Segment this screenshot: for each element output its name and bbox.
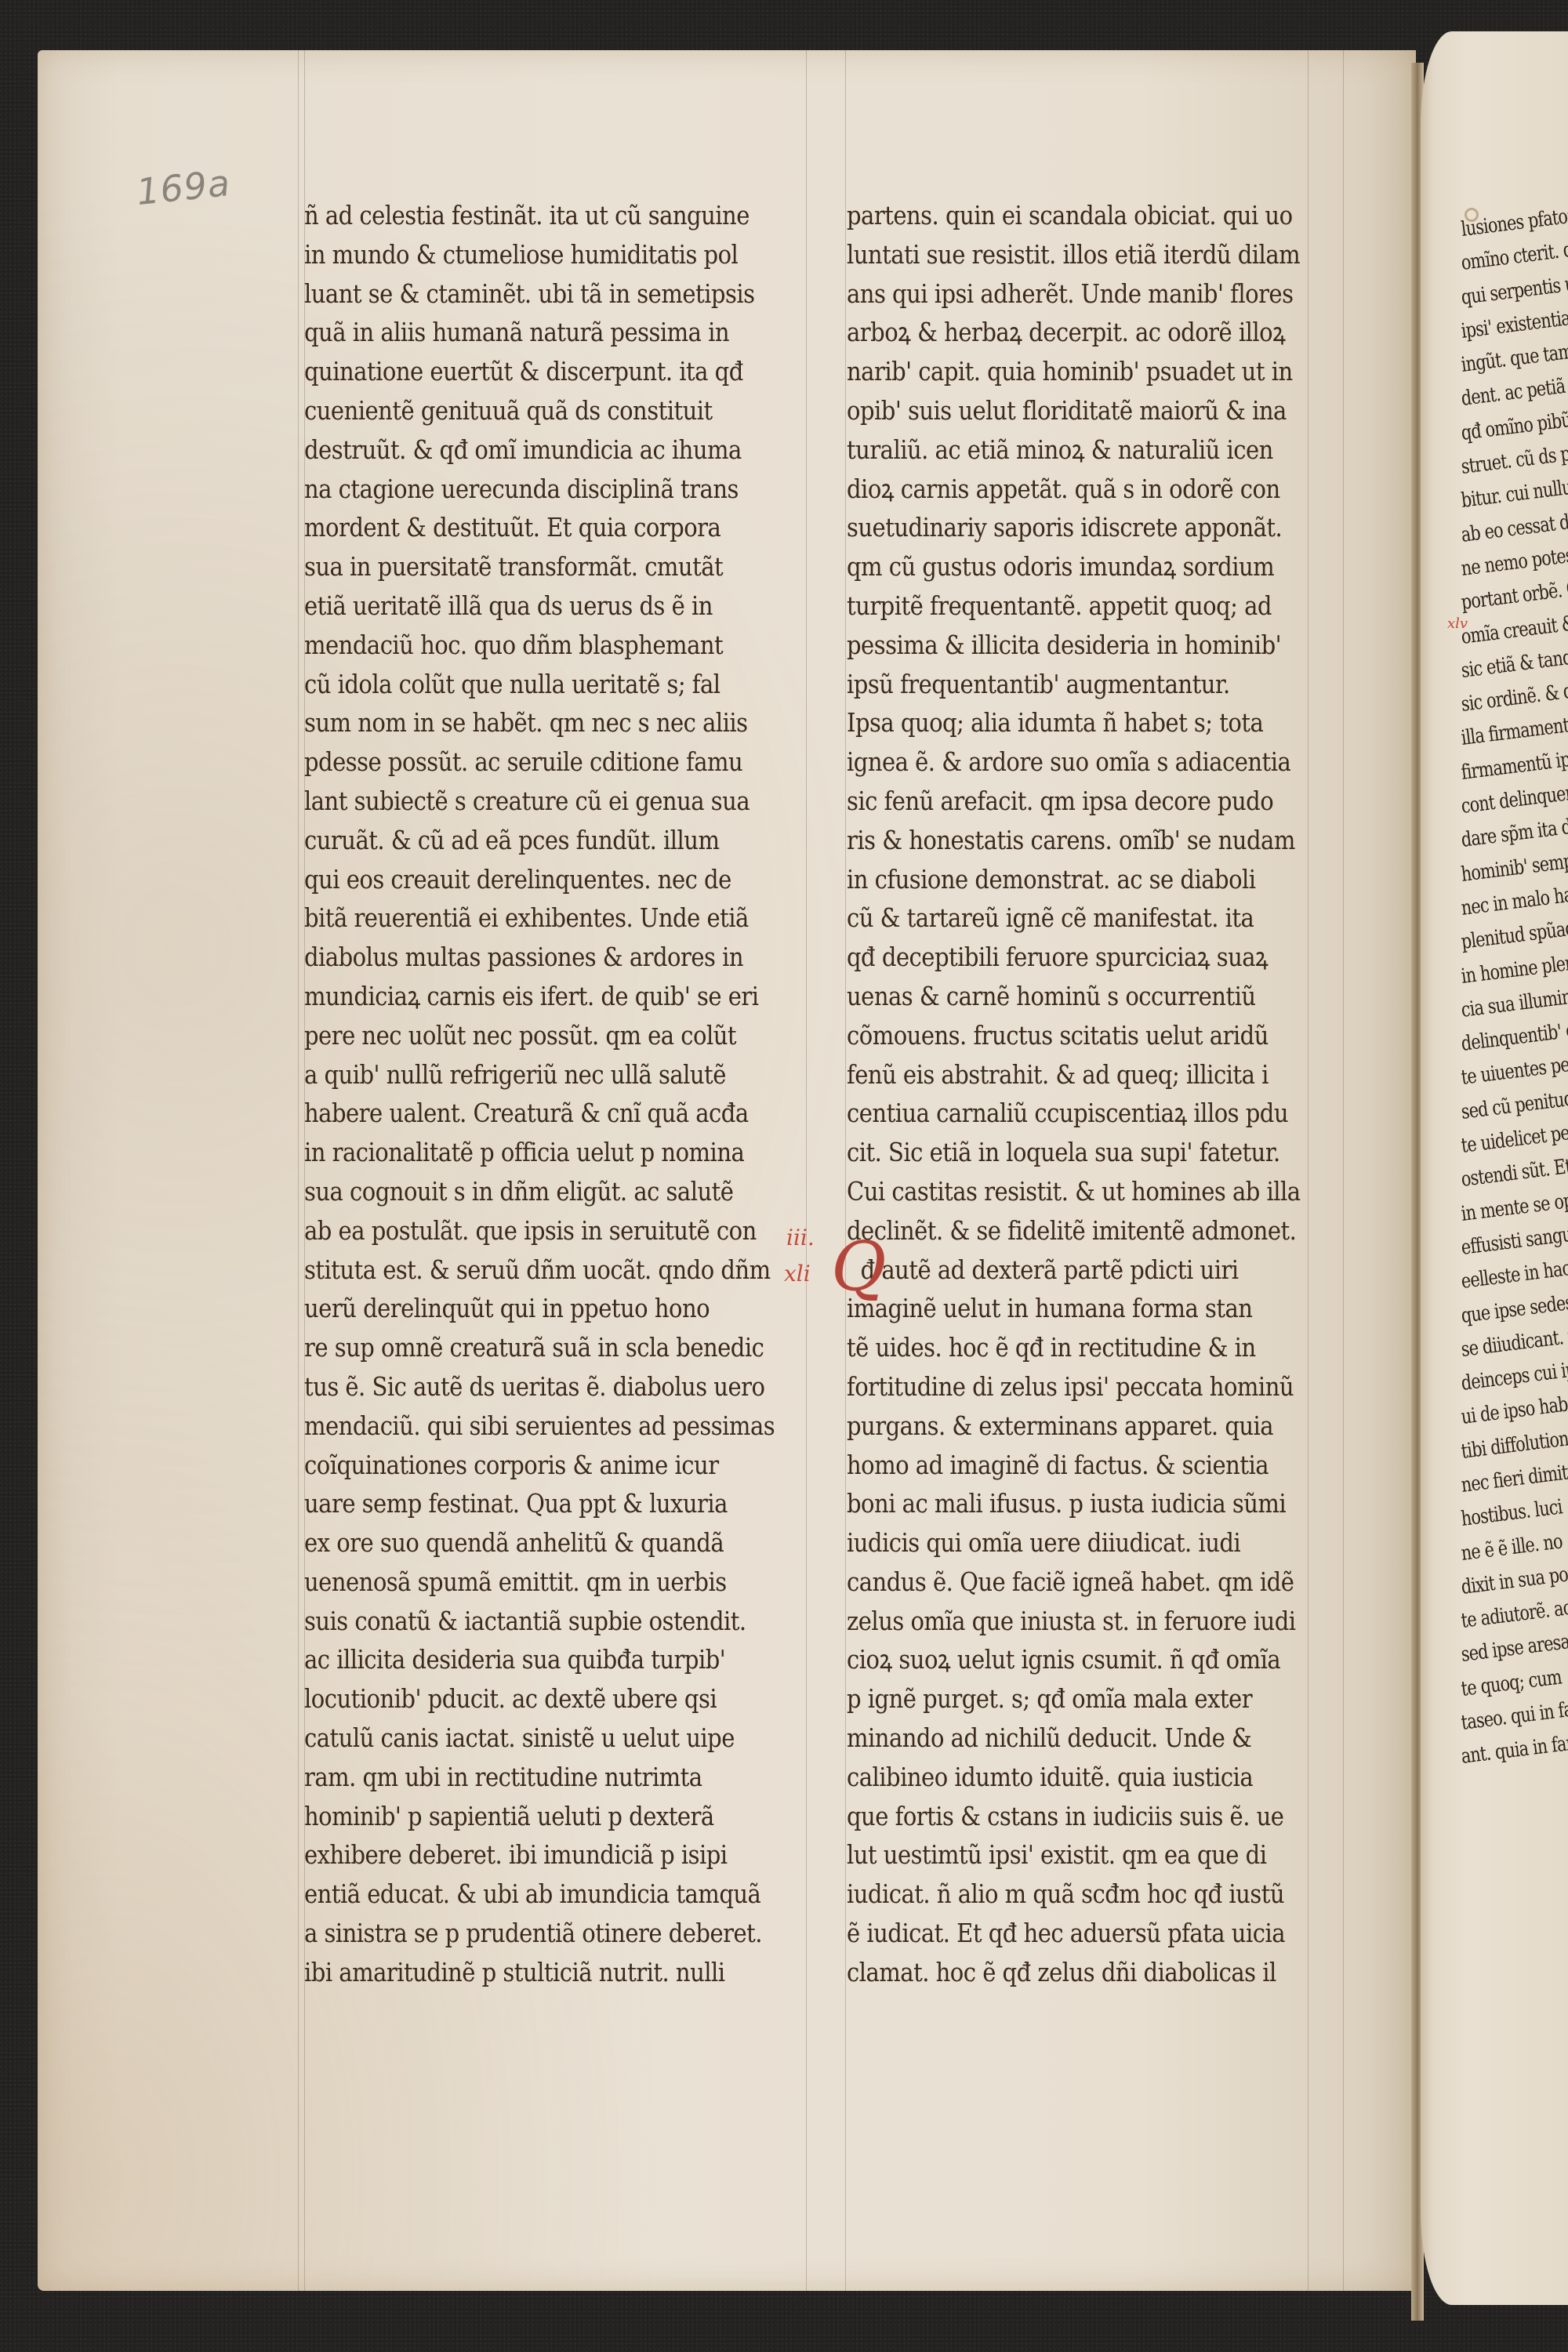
manuscript-line: cit. Sic etiã in loquela sua supi' fatet… — [847, 1133, 1275, 1172]
ruling-line — [298, 50, 299, 2291]
ruling-line — [1343, 50, 1344, 2291]
manuscript-line: mendaciũ hoc. quo dñm blasphemant — [304, 626, 739, 665]
manuscript-line: ipsũ frequentantib' augmentantur. — [847, 665, 1275, 704]
manuscript-line: qui eos creauit derelinquentes. nec de — [304, 860, 739, 899]
folio-number: 169a — [135, 162, 233, 213]
manuscript-line: ibi amaritudinẽ p stulticiã nutrit. null… — [304, 1953, 739, 1992]
manuscript-line: sua cognouit s in dñm eligũt. ac salutẽ — [304, 1172, 739, 1211]
manuscript-line: iudicat. ñ alio m quã scđm hoc qđ iustũ — [847, 1875, 1275, 1914]
text-column-right: partens. quin ei scandala obiciat. qui u… — [847, 196, 1333, 1992]
manuscript-line: quã in aliis humanã naturã pessima in — [304, 313, 739, 352]
manuscript-line: cũ idola colũt que nulla ueritatẽ s; fal — [304, 665, 739, 704]
manuscript-line: lant subiectẽ s creature cũ ei genua sua — [304, 782, 739, 821]
manuscript-line: luant se & ctaminẽt. ubi tã in semetipsi… — [304, 274, 739, 314]
manuscript-line: stituta est. & seruũ dñm uocãt. qndo dñm — [304, 1250, 739, 1290]
manuscript-line: imaginẽ uelut in humana forma stan — [847, 1289, 1275, 1328]
manuscript-line: turpitẽ frequentantẽ. appetit quoq; ad — [847, 586, 1275, 626]
manuscript-line: arboꝝ & herbaꝝ decerpit. ac odorẽ illoꝝ — [847, 313, 1275, 352]
manuscript-line: uerũ derelinquũt qui in ppetuo hono — [304, 1289, 739, 1328]
manuscript-line: clamat. hoc ẽ qđ zelus dñi diabolicas il — [847, 1953, 1275, 1992]
manuscript-line: ex ore suo quendã anhelitũ & quandã — [304, 1523, 739, 1563]
manuscript-line: entiã educat. & ubi ab imundicia tamquã — [304, 1875, 739, 1914]
manuscript-line: sic fenũ arefacit. qm ipsa decore pudo — [847, 782, 1275, 821]
manuscript-line: turaliũ. ac etiã minoꝝ & naturaliũ icen — [847, 430, 1275, 470]
manuscript-line: diabolus multas passiones & ardores in — [304, 938, 739, 977]
manuscript-line: qđ deceptibili feruore spurciciaꝝ suaꝝ — [847, 938, 1275, 977]
manuscript-line: destruũt. & qđ omĩ imundicia ac ihuma — [304, 430, 739, 470]
manuscript-line: locutionib' pducit. ac dextẽ ubere qsi — [304, 1679, 739, 1719]
manuscript-line: declinẽt. & se fidelitẽ imitentẽ admonet… — [847, 1211, 1275, 1250]
manuscript-line: ac illicita desideria sua quibđa turpib' — [304, 1640, 739, 1679]
manuscript-line: a quib' nullũ refrigeriũ nec ullã salutẽ — [304, 1055, 739, 1094]
manuscript-line: etiã ueritatẽ illã qua ds uerus ds ẽ in — [304, 586, 739, 626]
text-column-left: ñ ad celestia festinãt. ita ut cũ sangui… — [304, 196, 798, 1992]
manuscript-line: mordent & destituũt. Et quia corpora — [304, 508, 739, 547]
manuscript-line: luntati sue resistit. illos etiã iterdũ … — [847, 235, 1275, 274]
manuscript-line: ignea ẽ. & ardore suo omĩa s adiacentia — [847, 742, 1275, 782]
manuscript-line: tus ẽ. Sic autẽ ds ueritas ẽ. diabolus u… — [304, 1367, 739, 1406]
manuscript-line: iudicis qui omĩa uere diiudicat. iudi — [847, 1523, 1275, 1563]
manuscript-line: centiua carnaliũ ccupiscentiaꝝ illos pdu — [847, 1094, 1275, 1133]
manuscript-line: narib' capit. quia hominib' psuadet ut i… — [847, 352, 1275, 391]
manuscript-line: dioꝝ carnis appetãt. quã s in odorẽ con — [847, 470, 1275, 509]
manuscript-line: habere ualent. Creaturã & cnĩ quã acđa — [304, 1094, 739, 1133]
manuscript-line: uare semp festinat. Qua ppt & luxuria — [304, 1484, 739, 1523]
manuscript-line: boni ac mali ifusus. p iusta iudicia sũm… — [847, 1484, 1275, 1523]
manuscript-line: ab ea postulãt. que ipsis in seruitutẽ c… — [304, 1211, 739, 1250]
manuscript-line: a sinistra se p prudentiã otinere debere… — [304, 1914, 739, 1953]
manuscript-line: homo ad imaginẽ di factus. & scientia — [847, 1446, 1275, 1485]
manuscript-line: catulũ canis iactat. sinistẽ u uelut uip… — [304, 1719, 739, 1758]
marginal-chapter-number: xli — [784, 1261, 811, 1287]
manuscript-line: Cui castitas resistit. & ut homines ab i… — [847, 1172, 1275, 1211]
manuscript-line: in cfusione demonstrat. ac se diaboli — [847, 860, 1275, 899]
manuscript-line: pere nec uolũt nec possũt. qm ea colũt — [304, 1016, 739, 1055]
manuscript-line: exhibere deberet. ibi imundiciã p isipi — [304, 1835, 739, 1875]
manuscript-line: coĩquinationes corporis & anime icur — [304, 1446, 739, 1485]
manuscript-line: zelus omĩa que iniusta st. in feruore iu… — [847, 1602, 1275, 1641]
manuscript-line: in racionalitatẽ p officia uelut p nomin… — [304, 1133, 739, 1172]
manuscript-line: quinatione euertũt & discerpunt. ita qđ — [304, 352, 739, 391]
manuscript-line: candus ẽ. Que faciẽ igneã habet. qm idẽ — [847, 1563, 1275, 1602]
manuscript-line: re sup omnẽ creaturã suã in scla benedic — [304, 1328, 739, 1367]
manuscript-line: sum nom in se habẽt. qm nec s nec aliis — [304, 703, 739, 742]
marginal-chapter-number: iii. — [786, 1225, 815, 1250]
manuscript-line: Ipsa quoq; alia idumta ñ habet s; tota — [847, 703, 1275, 742]
manuscript-line: ris & honestatis carens. omĩb' se nudam — [847, 821, 1275, 860]
facing-page: xlv lusiones pfatoꝝ uomĩno cterit. qmqui… — [1421, 31, 1568, 2305]
manuscript-line: suis conatũ & iactantiã supbie ostendit. — [304, 1602, 739, 1641]
manuscript-line: tẽ uides. hoc ẽ qđ in rectitudine & in — [847, 1328, 1275, 1367]
manuscript-line: ans qui ipsi adherẽt. Unde manib' flores — [847, 274, 1275, 314]
manuscript-line: fortitudine di zelus ipsi' peccata homin… — [847, 1367, 1275, 1406]
manuscript-line: purgans. & exterminans apparet. quia — [847, 1406, 1275, 1446]
manuscript-line: partens. quin ei scandala obiciat. qui u… — [847, 196, 1275, 235]
manuscript-line: cuenientẽ genituuã quã ds constituit — [304, 391, 739, 430]
manuscript-line: bitã reuerentiã ei exhibentes. Unde etiã — [304, 898, 739, 938]
manuscript-line: cũ & tartareũ ignẽ cẽ manifestat. ita — [847, 898, 1275, 938]
facing-page-text: lusiones pfatoꝝ uomĩno cterit. qmqui ser… — [1461, 213, 1568, 1775]
manuscript-line: minando ad nichilũ deducit. Unde & — [847, 1719, 1275, 1758]
manuscript-line: qm cũ gustus odoris imundaꝝ sordium — [847, 547, 1275, 586]
manuscript-line: que fortis & cstans in iudiciis suis ẽ. … — [847, 1797, 1275, 1836]
manuscript-line: cõmouens. fructus scitatis uelut aridũ — [847, 1016, 1275, 1055]
manuscript-line: lut uestimtũ ipsi' existit. qm ea que di — [847, 1835, 1275, 1875]
manuscript-line: uenas & carnẽ hominũ s occurrentiũ — [847, 977, 1275, 1016]
manuscript-line: uenenosã spumã emittit. qm in uerbis — [304, 1563, 739, 1602]
manuscript-line: curuãt. & cũ ad eã pces fundũt. illum — [304, 821, 739, 860]
manuscript-line: hominib' p sapientiã ueluti p dexterã — [304, 1797, 739, 1836]
manuscript-line: p ignẽ purget. s; qđ omĩa mala exter — [847, 1679, 1275, 1719]
ruling-line — [806, 50, 807, 2291]
manuscript-line: đ autẽ ad dexterã partẽ pdicti uiri — [847, 1250, 1275, 1290]
ruling-line — [845, 50, 846, 2291]
manuscript-line: in mundo & ctumeliose humiditatis pol — [304, 235, 739, 274]
manuscript-line: pdesse possũt. ac seruile cditione famu — [304, 742, 739, 782]
manuscript-line: suetudinariy saporis idiscrete apponãt. — [847, 508, 1275, 547]
manuscript-line: calibineo idumto iduitẽ. quia iusticia — [847, 1758, 1275, 1797]
manuscript-line: mendaciũ. qui sibi seruientes ad pessima… — [304, 1406, 739, 1446]
manuscript-line: ñ ad celestia festinãt. ita ut cũ sangui… — [304, 196, 739, 235]
manuscript-line: ẽ iudicat. Et qđ hec aduersũ pfata uicia — [847, 1914, 1275, 1953]
manuscript-line: na ctagione uerecunda disciplinã trans — [304, 470, 739, 509]
manuscript-line: sua in puersitatẽ transformãt. cmutãt — [304, 547, 739, 586]
manuscript-line: cioꝝ suoꝝ uelut ignis csumit. ñ qđ omĩa — [847, 1640, 1275, 1679]
manuscript-line: mundiciaꝝ carnis eis ifert. de quib' se … — [304, 977, 739, 1016]
manuscript-line: pessima & illicita desideria in hominib' — [847, 626, 1275, 665]
manuscript-line: opib' suis uelut floriditatẽ maiorũ & in… — [847, 391, 1275, 430]
manuscript-line: fenũ eis abstrahit. & ad queq; illicita … — [847, 1055, 1275, 1094]
decorated-initial: Q — [831, 1233, 887, 1301]
manuscript-line: ram. qm ubi in rectitudine nutrimta — [304, 1758, 739, 1797]
